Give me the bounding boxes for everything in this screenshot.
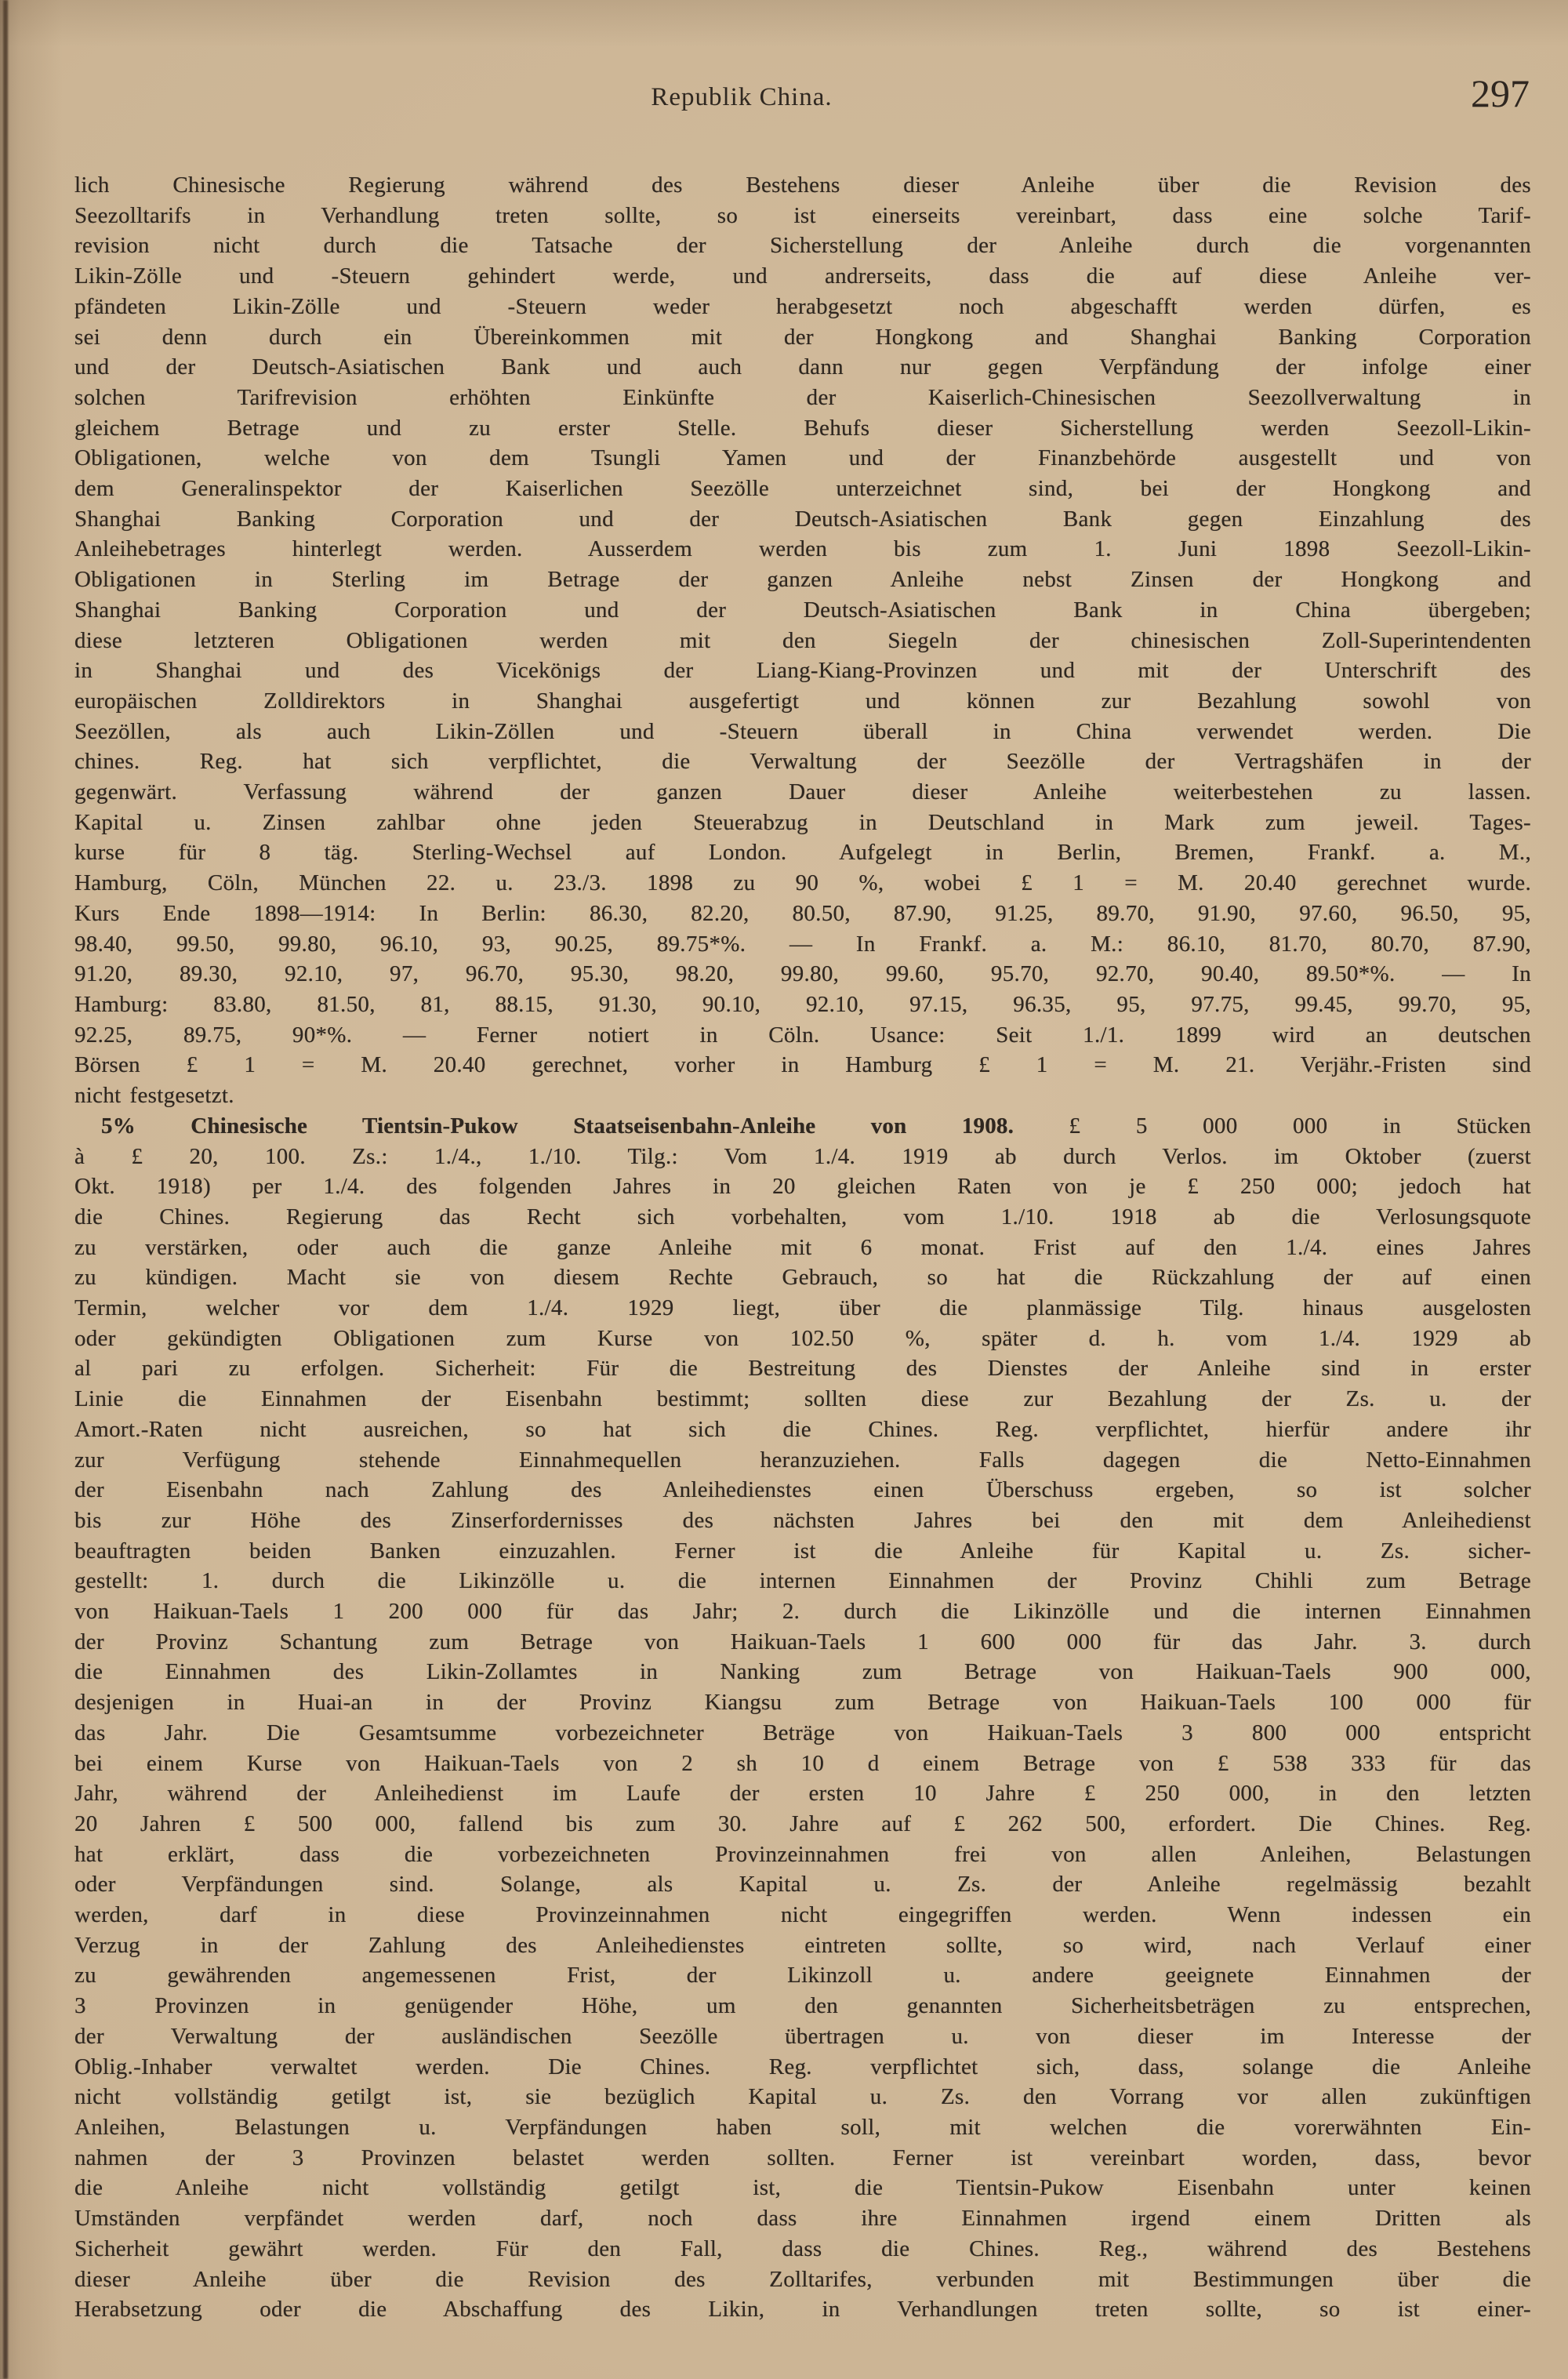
text-line: Termin, welcher vor dem 1./4. 1929 liegt… [74,1293,1531,1324]
text-line: solchen Tarifrevision erhöhten Einkünfte… [74,383,1531,413]
text-line: nahmen der 3 Provinzen belastet werden s… [74,2143,1531,2174]
text-line: desjenigen in Huai-an in der Provinz Kia… [74,1687,1531,1718]
text-line: der Verwaltung der ausländischen Seezöll… [74,2021,1531,2052]
text-line: hat erklärt, dass die vorbezeichneten Pr… [74,1840,1531,1870]
text-line: nicht festgesetzt. [74,1081,1531,1111]
text-line: zu kündigen. Macht sie von diesem Rechte… [74,1262,1531,1293]
text-line: oder Verpfändungen sind. Solange, als Ka… [74,1869,1531,1900]
text-line: 92.25, 89.75, 90*%. — Ferner notiert in … [74,1020,1531,1051]
text-line: Okt. 1918) per 1./4. des folgenden Jahre… [74,1171,1531,1202]
text-line: 20 Jahren £ 500 000, fallend bis zum 30.… [74,1809,1531,1840]
text-line: gestellt: 1. durch die Likinzölle u. die… [74,1566,1531,1596]
text-line: Umständen verpfändet werden darf, noch d… [74,2203,1531,2234]
text-line: Sicherheit gewährt werden. Für den Fall,… [74,2234,1531,2265]
text-line: Oblig.-Inhaber verwaltet werden. Die Chi… [74,2052,1531,2083]
text-line: europäischen Zolldirektors in Shanghai a… [74,686,1531,717]
text-line: gegenwärt. Verfassung während der ganzen… [74,777,1531,808]
text-line: bei einem Kurse von Haikuan-Taels von 2 … [74,1749,1531,1779]
text-line: diese letzteren Obligationen werden mit … [74,626,1531,656]
text-line: beauftragten beiden Banken einzuzahlen. … [74,1536,1531,1567]
text-line: Shanghai Banking Corporation und der Deu… [74,595,1531,626]
text-line: der Provinz Schantung zum Betrage von Ha… [74,1627,1531,1658]
text-line: Likin-Zölle und -Steuern gehindert werde… [74,261,1531,292]
paragraph-tientsin-pukow-heading-line: 5% Chinesische Tientsin-Pukow Staatseise… [74,1111,1531,1142]
book-page: Republik China. 297 lich Chinesische Reg… [0,0,1568,2379]
page-body-text: lich Chinesische Regierung während des B… [74,170,1531,2325]
text-line: revision nicht durch die Tatsache der Si… [74,231,1531,261]
text-line: Herabsetzung oder die Abschaffung des Li… [74,2294,1531,2325]
page-header: Republik China. 297 [74,75,1531,122]
paragraph-tientsin-pukow-body: à £ 20, 100. Zs.: 1./4., 1./10. Tilg.: V… [74,1142,1531,2325]
text-line: und der Deutsch-Asiatischen Bank und auc… [74,352,1531,383]
text-line: zu gewährenden angemessenen Frist, der L… [74,1960,1531,1991]
text-line: Hamburg, Cöln, München 22. u. 23./3. 189… [74,868,1531,899]
text-line: dieser Anleihe über die Revision des Zol… [74,2265,1531,2295]
text-line: Hamburg: 83.80, 81.50, 81, 88.15, 91.30,… [74,990,1531,1020]
text-line: die Einnahmen des Likin-Zollamtes in Nan… [74,1657,1531,1687]
text-line: pfändeten Likin-Zölle und -Steuern weder… [74,292,1531,322]
text-line: in Shanghai und des Vicekönigs der Liang… [74,656,1531,686]
text-line: Anleihen, Belastungen u. Verpfändungen h… [74,2112,1531,2143]
page-binding-edge-shadow [3,0,8,2379]
text-line: chines. Reg. hat sich verpflichtet, die … [74,746,1531,777]
bond-title-bold-text: 5% Chinesische Tientsin-Pukow Staatseise… [101,1113,1014,1139]
text-line: Anleihebetrages hinterlegt werden. Ausse… [74,534,1531,565]
text-line: bis zur Höhe des Zinserfordernisses des … [74,1505,1531,1536]
text-line: zur Verfügung stehende Einnahmequellen h… [74,1445,1531,1476]
text-line: Kapital u. Zinsen zahlbar ohne jeden Ste… [74,808,1531,838]
text-line: 3 Provinzen in genügender Höhe, um den g… [74,1991,1531,2021]
text-line: die Chines. Regierung das Recht sich vor… [74,1202,1531,1233]
text-line: Seezolltarifs in Verhandlung treten soll… [74,201,1531,231]
running-head-title: Republik China. [13,83,1470,112]
text-line: Kurs Ende 1898—1914: In Berlin: 86.30, 8… [74,899,1531,929]
text-line: Shanghai Banking Corporation und der Deu… [74,504,1531,535]
text-line: Jahr, während der Anleihedienst im Laufe… [74,1778,1531,1809]
text-line: sei denn durch ein Übereinkommen mit der… [74,322,1531,353]
text-line: von Haikuan-Taels 1 200 000 für das Jahr… [74,1596,1531,1627]
text-line: die Anleihe nicht vollständig getilgt is… [74,2173,1531,2203]
text-line: Börsen £ 1 = M. 20.40 gerechnet, vorher … [74,1050,1531,1081]
text-line: Verzug in der Zahlung des Anleihedienste… [74,1930,1531,1961]
paragraph-loan-1898-continuation: lich Chinesische Regierung während des B… [74,170,1531,1111]
text-line: Obligationen, welche von dem Tsungli Yam… [74,443,1531,474]
text-line: nicht vollständig getilgt ist, sie bezüg… [74,2082,1531,2112]
text-line: das Jahr. Die Gesamtsumme vorbezeichnete… [74,1718,1531,1749]
page-number: 297 [1471,71,1530,116]
text-line: al pari zu erfolgen. Sicherheit: Für die… [74,1353,1531,1384]
text-line: Linie die Einnahmen der Eisenbahn bestim… [74,1384,1531,1415]
text-line: lich Chinesische Regierung während des B… [74,170,1531,201]
text-line: Amort.-Raten nicht ausreichen, so hat si… [74,1415,1531,1445]
text-line: gleichem Betrage und zu erster Stelle. B… [74,413,1531,444]
text-line: 98.40, 99.50, 99.80, 96.10, 93, 90.25, 8… [74,929,1531,960]
text-line: oder gekündigten Obligationen zum Kurse … [74,1324,1531,1354]
text-line: à £ 20, 100. Zs.: 1./4., 1./10. Tilg.: V… [74,1142,1531,1172]
text-line: Obligationen in Sterling im Betrage der … [74,565,1531,595]
bond-title-rest-text: £ 5 000 000 in Stücken [1014,1113,1531,1139]
text-line: dem Generalinspektor der Kaiserlichen Se… [74,474,1531,504]
text-line: kurse für 8 täg. Sterling-Wechsel auf Lo… [74,837,1531,868]
text-line: Seezöllen, als auch Likin-Zöllen und -St… [74,717,1531,747]
text-line: der Eisenbahn nach Zahlung des Anleihedi… [74,1475,1531,1505]
text-line: 91.20, 89.30, 92.10, 97, 96.70, 95.30, 9… [74,959,1531,990]
text-line: werden, darf in diese Provinzeinnahmen n… [74,1900,1531,1930]
text-line: zu verstärken, oder auch die ganze Anlei… [74,1233,1531,1263]
